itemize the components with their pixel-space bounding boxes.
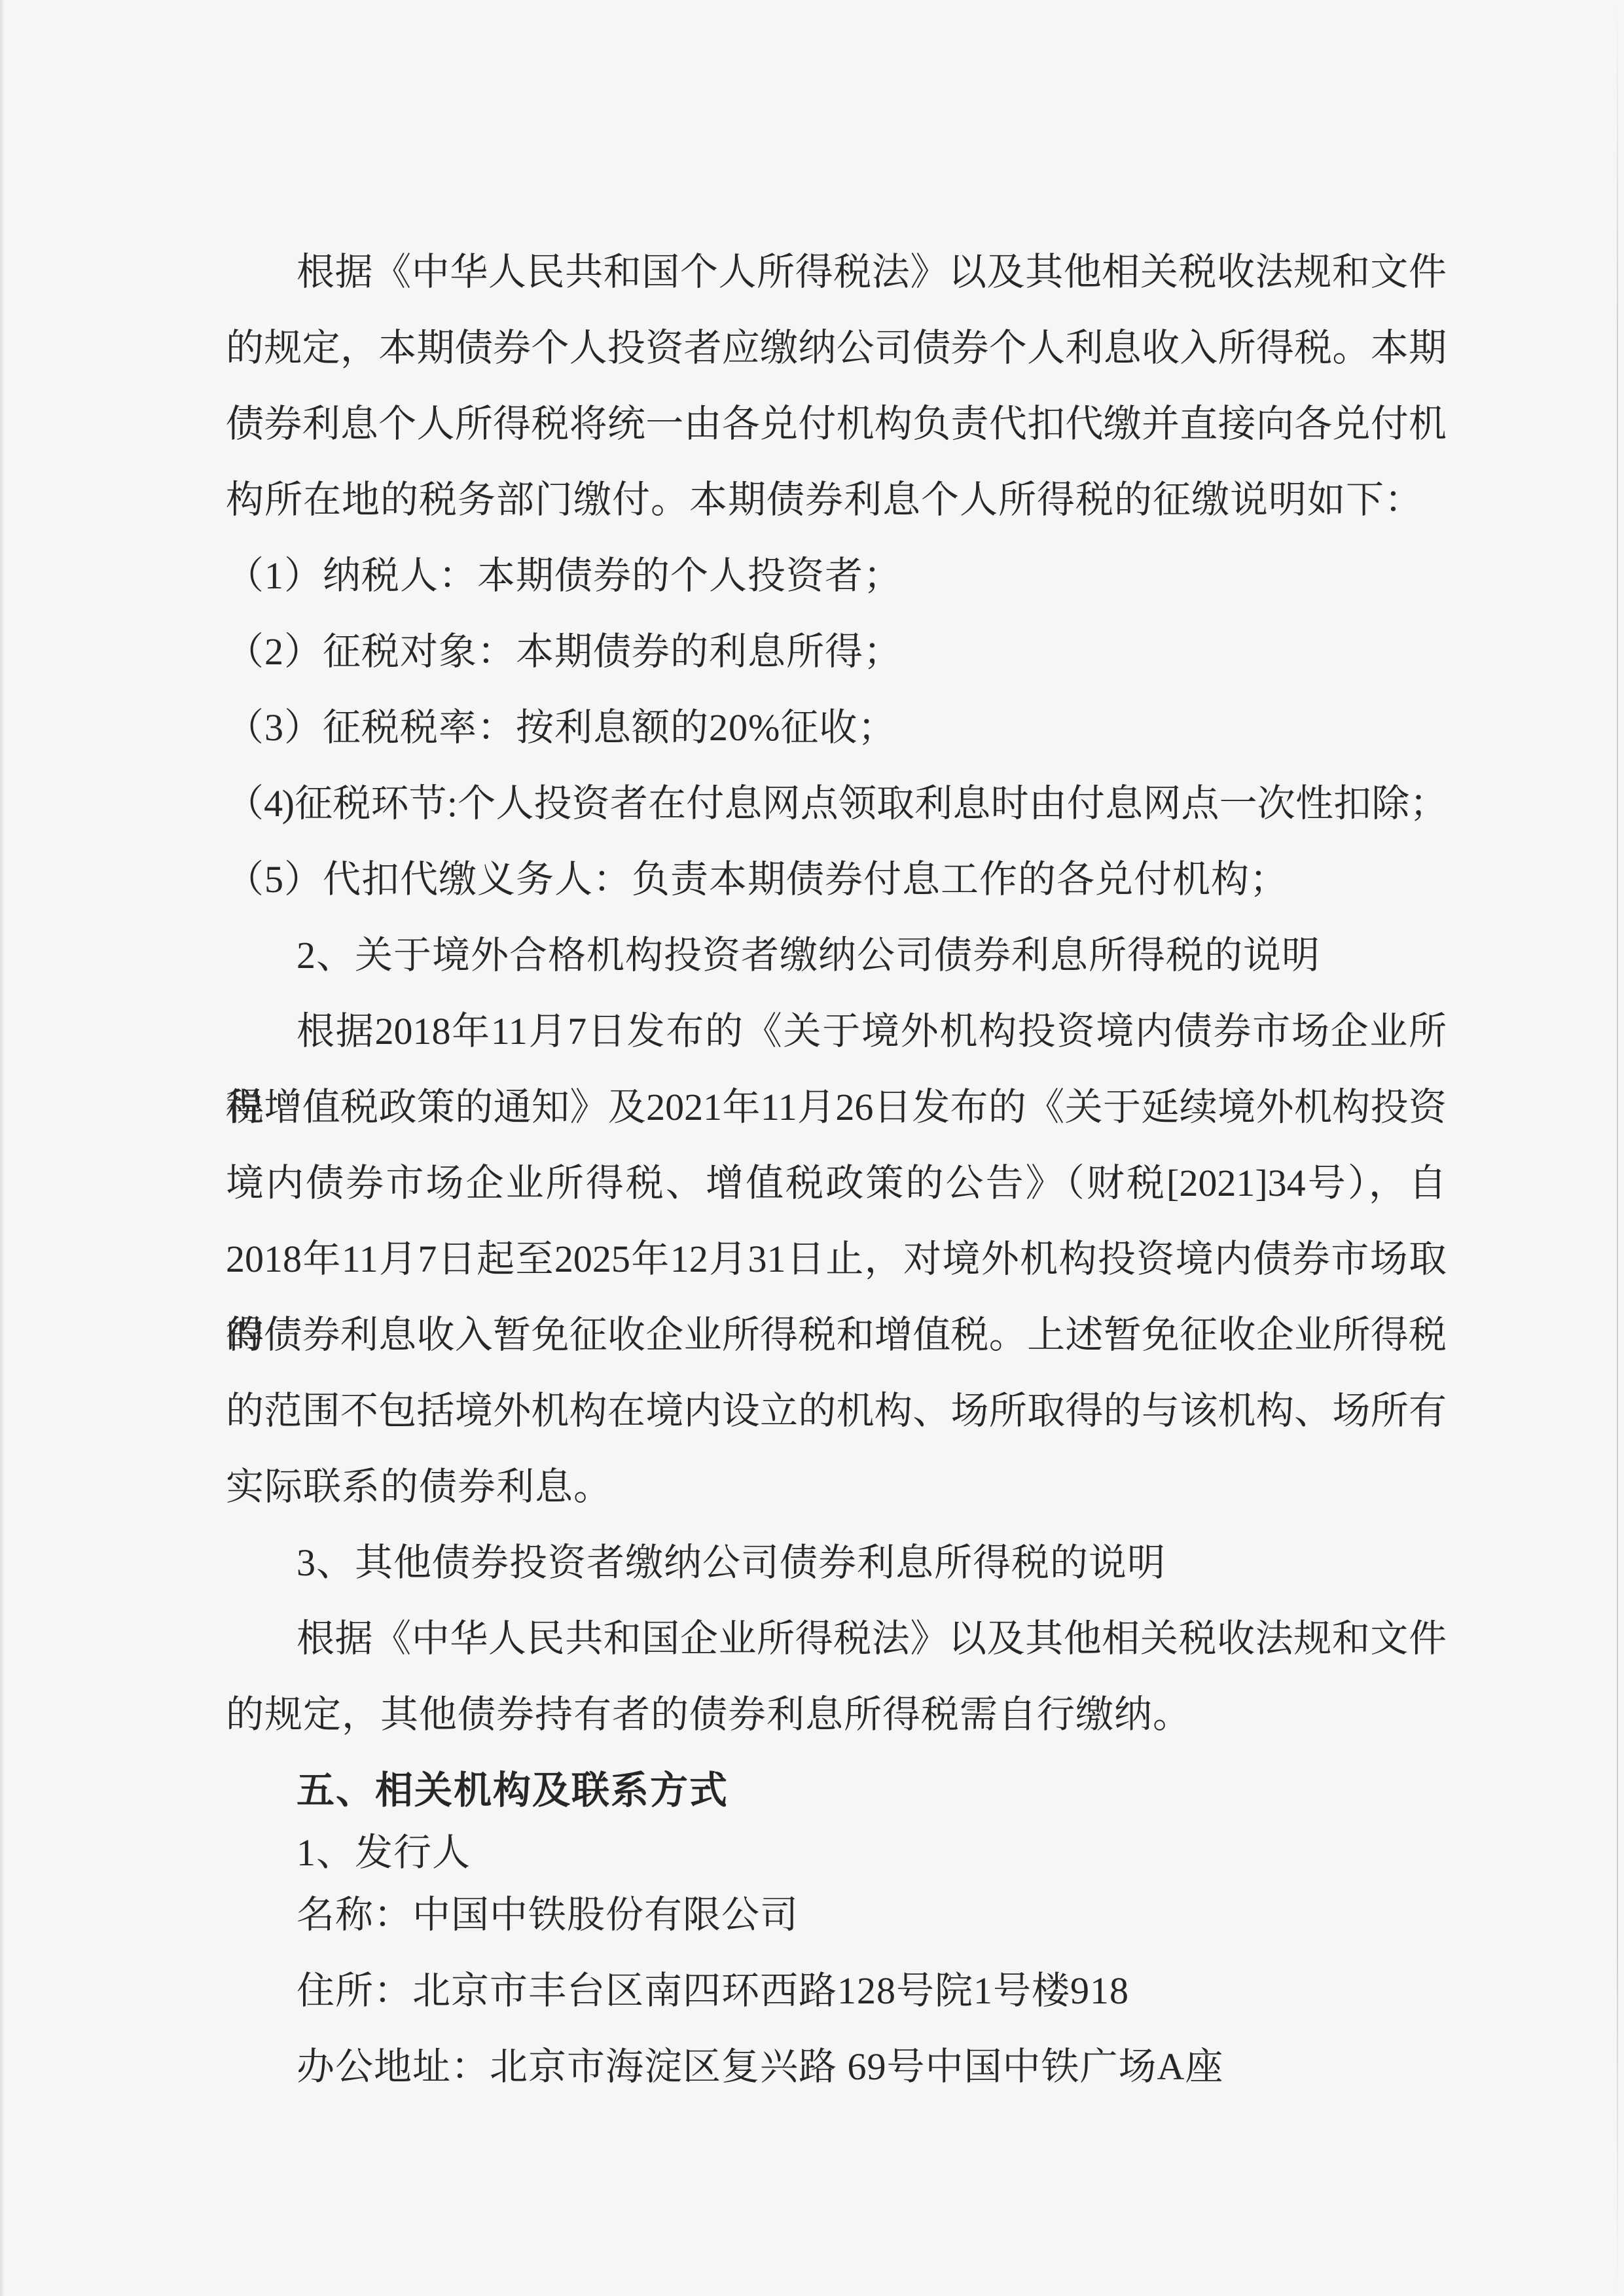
scan-right-edge-artifact	[1617, 0, 1618, 2296]
paragraph-overseas-tax-line: 的债券利息收入暂免征收企业所得税和增值税。上述暂免征收企业所得税	[226, 1297, 1447, 1373]
section-5-heading: 五、相关机构及联系方式	[226, 1753, 1447, 1829]
paragraph-individual-tax-line: 的规定，本期债券个人投资者应缴纳公司债券个人利息收入所得税。本期	[226, 310, 1447, 386]
issuer-office-address-line: 办公地址：北京市海淀区复兴路 69号中国中铁广场A座	[226, 2029, 1447, 2105]
paragraph-individual-tax-line: 根据《中华人民共和国个人所得税法》以及其他相关税收法规和文件	[226, 234, 1447, 310]
list-item-tax-stage: （4)征税环节:个人投资者在付息网点领取利息时由付息网点一次性扣除；	[226, 766, 1447, 842]
paragraph-overseas-tax-line: 实际联系的债券利息。	[226, 1449, 1447, 1525]
issuer-subheading: 1、发行人	[226, 1829, 1447, 1877]
paragraph-overseas-tax-line: 境内债券市场企业所得税、增值税政策的公告》（财税[2021]34号），自	[226, 1145, 1447, 1221]
subheading-overseas-institutions: 2、关于境外合格机构投资者缴纳公司债券利息所得税的说明	[226, 918, 1447, 994]
issuer-name-line: 名称：中国中铁股份有限公司	[226, 1877, 1447, 1953]
paragraph-overseas-tax-line: 税增值税政策的通知》及2021年11月26日发布的《关于延续境外机构投资	[226, 1069, 1447, 1145]
list-item-taxpayer: （1）纳税人：本期债券的个人投资者；	[226, 538, 1447, 614]
subheading-other-investors: 3、其他债券投资者缴纳公司债券利息所得税的说明	[226, 1525, 1447, 1601]
issuer-address-line: 住所：北京市丰台区南四环西路128号院1号楼918	[226, 1953, 1447, 2029]
scan-left-edge-artifact	[0, 0, 5, 2296]
paragraph-other-investors-line: 的规定，其他债券持有者的债券利息所得税需自行缴纳。	[226, 1677, 1447, 1753]
paragraph-overseas-tax-line: 根据2018年11月7日发布的《关于境外机构投资境内债券市场企业所得	[226, 994, 1447, 1069]
list-item-tax-rate: （3）征税税率：按利息额的20%征收；	[226, 690, 1447, 766]
paragraph-other-investors-line: 根据《中华人民共和国企业所得税法》以及其他相关税收法规和文件	[226, 1601, 1447, 1677]
list-item-tax-object: （2）征税对象：本期债券的利息所得；	[226, 614, 1447, 690]
paragraph-individual-tax-line: 债券利息个人所得税将统一由各兑付机构负责代扣代缴并直接向各兑付机	[226, 386, 1447, 462]
paragraph-overseas-tax-line: 的范围不包括境外机构在境内设立的机构、场所取得的与该机构、场所有	[226, 1373, 1447, 1449]
document-page: 根据《中华人民共和国个人所得税法》以及其他相关税收法规和文件 的规定，本期债券个…	[0, 0, 1624, 2296]
document-body: 根据《中华人民共和国个人所得税法》以及其他相关税收法规和文件 的规定，本期债券个…	[226, 234, 1447, 2105]
paragraph-overseas-tax-line: 2018年11月7日起至2025年12月31日止，对境外机构投资境内债券市场取得	[226, 1221, 1447, 1297]
paragraph-individual-tax-line: 构所在地的税务部门缴付。本期债券利息个人所得税的征缴说明如下：	[226, 462, 1447, 538]
list-item-withholding-agent: （5）代扣代缴义务人：负责本期债券付息工作的各兑付机构；	[226, 842, 1447, 918]
